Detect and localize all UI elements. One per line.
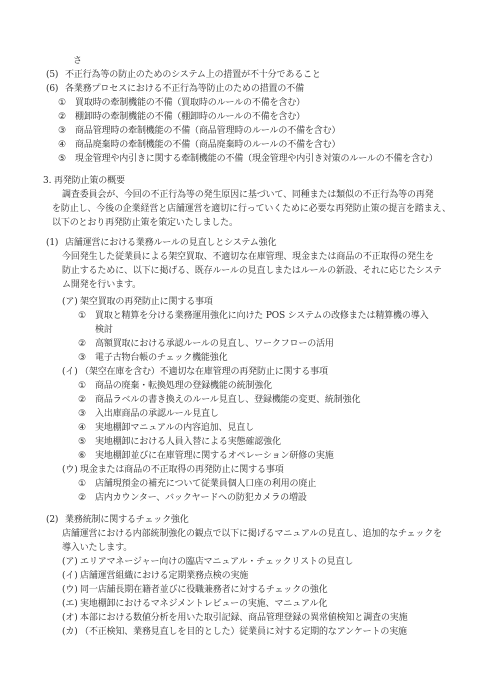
item-marker: ④ (58, 138, 75, 152)
measure-2-body-line: 導入いたします。 (0, 541, 490, 555)
measure-2-body-line: 店舗運営における内部統制強化の観点で以下に掲げるマニュアルの見直し、追加的なチェ… (0, 527, 490, 541)
item-text: 商品ラベルの書き換えのルール見直し、登録機能の変更、統制強化 (95, 393, 490, 407)
item-marker: ① (78, 379, 95, 393)
item-text: 各業務プロセスにおける不正行為等防止のための措置の不備 (65, 82, 490, 96)
group-a-item-2: ② 高額買取における承認ルールの見直し、ワークフローの活用 (0, 337, 490, 351)
item-marker: (ウ) (62, 463, 80, 477)
item-marker: ⑥ (78, 449, 95, 463)
group-b-item-2: ② 商品ラベルの書き換えのルール見直し、登録機能の変更、統制強化 (0, 393, 490, 407)
item-marker: ④ (78, 421, 95, 435)
group-b-item-4: ④ 実地棚卸マニュアルの内容追加、見直し (0, 421, 490, 435)
item-text-line: 買取と精算を分ける業務運用強化に向けた POS システムの改修または精算機の導入 (95, 309, 490, 323)
item-marker: (5) (46, 68, 65, 82)
group-b-title: (イ) （架空在庫を含む）不適切な在庫管理の再発防止に関する事項 (0, 365, 490, 379)
list-item-6: (6) 各業務プロセスにおける不正行為等防止のための措置の不備 (0, 82, 490, 96)
defect-item-1: ① 買取時の牽制機能の不備（買取時のルールの不備を含む） (0, 96, 490, 110)
group-a-item-3: ③ 電子古物台帳のチェック機能強化 (0, 351, 490, 365)
item-marker: ② (78, 491, 95, 505)
item-text: 商品廃棄時の牽制機能の不備（商品廃棄時のルールの不備を含む） (75, 138, 490, 152)
item-text: 商品管理時の牽制機能の不備（商品管理時のルールの不備を含む） (75, 124, 490, 138)
item-text: 実地棚卸における人員入替による実態確認強化 (95, 435, 490, 449)
section-intro-line: 調査委員会が、今回の不正行為等の発生原因に基づいて、同種または類似の不正行為等の… (0, 188, 490, 202)
item-marker: (オ) (62, 611, 80, 625)
item-marker: (イ) (62, 365, 80, 379)
group-b-item-3: ③ 入出庫商品の承認ルール見直し (0, 407, 490, 421)
measure-1-body-line: 今回発生した従業員による架空買取、不適切な在庫管理、現金または商品の不正取得の発… (0, 250, 490, 264)
measure-1-body-line: 防止するために、以下に掲げる、既存ルールの見直しまたはルールの新設、それに応じた… (0, 264, 490, 278)
section-intro-line: 以下のとおり再発防止策を策定いたしました。 (0, 216, 490, 230)
defect-item-4: ④ 商品廃棄時の牽制機能の不備（商品廃棄時のルールの不備を含む） (0, 138, 490, 152)
item-marker: ③ (58, 124, 75, 138)
item-text: 買取と精算を分ける業務運用強化に向けた POS システムの改修または精算機の導入… (95, 309, 490, 337)
item-text: 電子古物台帳のチェック機能強化 (95, 351, 490, 365)
item-marker: (エ) (62, 597, 80, 611)
measure-2-item-1: (ア) エリアマネージャー向けの臨店マニュアル・チェックリストの見直し (0, 555, 490, 569)
item-text: 業務統制に関するチェック強化 (65, 513, 490, 527)
item-text: 架空買取の再発防止に関する事項 (80, 295, 490, 309)
item-marker: (2) (46, 513, 65, 527)
item-text: 店舗運営における業務ルールの見直しとシステム強化 (65, 236, 490, 250)
item-marker: ② (58, 110, 75, 124)
item-text: エリアマネージャー向けの臨店マニュアル・チェックリストの見直し (80, 555, 490, 569)
item-marker: (ア) (62, 295, 80, 309)
measure-1-title: (1) 店舗運営における業務ルールの見直しとシステム強化 (0, 236, 490, 250)
item-marker: (カ) (62, 625, 80, 639)
item-text: 不正行為等の防止のためのシステム上の措置が不十分であること (65, 68, 490, 82)
item-text: 店舗現預金の補充について従業員個人口座の利用の廃止 (95, 477, 490, 491)
item-marker: ② (78, 393, 95, 407)
item-text: 実地棚卸マニュアルの内容追加、見直し (95, 421, 490, 435)
section-heading: 3. 再発防止策の概要 (0, 174, 490, 188)
group-c-item-2: ② 店内カウンター、バックヤードへの防犯カメラの増設 (0, 491, 490, 505)
defect-item-3: ③ 商品管理時の牽制機能の不備（商品管理時のルールの不備を含む） (0, 124, 490, 138)
item-text: 同一店舗長期在籍者並びに役職兼務者に対するチェックの強化 (80, 583, 490, 597)
item-text: 店内カウンター、バックヤードへの防犯カメラの増設 (95, 491, 490, 505)
group-c-item-1: ① 店舗現預金の補充について従業員個人口座の利用の廃止 (0, 477, 490, 491)
measure-2-item-5: (オ) 本部における数値分析を用いた取引記録、商品管理登録の異常値検知と調査の実… (0, 611, 490, 625)
item-marker: (6) (46, 82, 65, 96)
item-marker: ① (58, 96, 75, 110)
item-marker: (イ) (62, 569, 80, 583)
item-text: 高額買取における承認ルールの見直し、ワークフローの活用 (95, 337, 490, 351)
item-text: 棚卸時の牽制機能の不備（棚卸時のルールの不備を含む） (75, 110, 490, 124)
item-text: （架空在庫を含む）不適切な在庫管理の再発防止に関する事項 (80, 365, 490, 379)
item-text: 現金管理や内引きに関する牽制機能の不備（現金管理や内引き対策のルールの不備を含む… (75, 152, 490, 166)
measure-2-item-4: (エ) 実地棚卸におけるマネジメントレビューの実施、マニュアル化 (0, 597, 490, 611)
group-b-item-5: ⑤ 実地棚卸における人員入替による実態確認強化 (0, 435, 490, 449)
measure-2-item-2: (イ) 店舗運営組織における定期業務点検の実施 (0, 569, 490, 583)
carryover-text: さ (0, 54, 490, 68)
section-intro-line: を防止し、今後の企業経営と店舗運営を適切に行っていくために必要な再発防止策の提言… (0, 202, 490, 216)
measure-2-title: (2) 業務統制に関するチェック強化 (0, 513, 490, 527)
defect-item-2: ② 棚卸時の牽制機能の不備（棚卸時のルールの不備を含む） (0, 110, 490, 124)
measure-2-item-3: (ウ) 同一店舗長期在籍者並びに役職兼務者に対するチェックの強化 (0, 583, 490, 597)
defect-item-5: ⑤ 現金管理や内引きに関する牽制機能の不備（現金管理や内引き対策のルールの不備を… (0, 152, 490, 166)
item-text: 店舗運営組織における定期業務点検の実施 (80, 569, 490, 583)
group-b-item-6: ⑥ 実地棚卸並びに在庫管理に関するオペレーション研修の実施 (0, 449, 490, 463)
item-marker: ⑤ (78, 435, 95, 449)
item-text: 本部における数値分析を用いた取引記録、商品管理登録の異常値検知と調査の実施 (80, 611, 490, 625)
group-a-title: (ア) 架空買取の再発防止に関する事項 (0, 295, 490, 309)
list-item-5: (5) 不正行為等の防止のためのシステム上の措置が不十分であること (0, 68, 490, 82)
item-marker: (ウ) (62, 583, 80, 597)
item-text: 商品の廃棄・転換処理の登録機能の統制強化 (95, 379, 490, 393)
item-marker: ⑤ (58, 152, 75, 166)
item-text: 買取時の牽制機能の不備（買取時のルールの不備を含む） (75, 96, 490, 110)
item-marker: ① (78, 309, 95, 323)
item-marker: ② (78, 337, 95, 351)
document-page: さ (5) 不正行為等の防止のためのシステム上の措置が不十分であること (6) … (0, 0, 490, 692)
group-b-item-1: ① 商品の廃棄・転換処理の登録機能の統制強化 (0, 379, 490, 393)
item-text: 実地棚卸並びに在庫管理に関するオペレーション研修の実施 (95, 449, 490, 463)
item-marker: ③ (78, 351, 95, 365)
item-marker: (ア) (62, 555, 80, 569)
item-marker: (1) (46, 236, 65, 250)
group-a-item-1: ① 買取と精算を分ける業務運用強化に向けた POS システムの改修または精算機の… (0, 309, 490, 337)
item-text: （不正検知、業務見直しを目的とした）従業員に対する定期的なアンケートの実施 (80, 625, 490, 639)
measure-2-item-6: (カ) （不正検知、業務見直しを目的とした）従業員に対する定期的なアンケートの実… (0, 625, 490, 639)
item-text: 現金または商品の不正取得の再発防止に関する事項 (80, 463, 490, 477)
item-marker: ① (78, 477, 95, 491)
measure-1-body-line: ム開発を行います。 (0, 278, 490, 292)
item-text: 実地棚卸におけるマネジメントレビューの実施、マニュアル化 (80, 597, 490, 611)
item-text-line: 検討 (95, 323, 490, 337)
item-text: 入出庫商品の承認ルール見直し (95, 407, 490, 421)
group-c-title: (ウ) 現金または商品の不正取得の再発防止に関する事項 (0, 463, 490, 477)
item-marker: ③ (78, 407, 95, 421)
